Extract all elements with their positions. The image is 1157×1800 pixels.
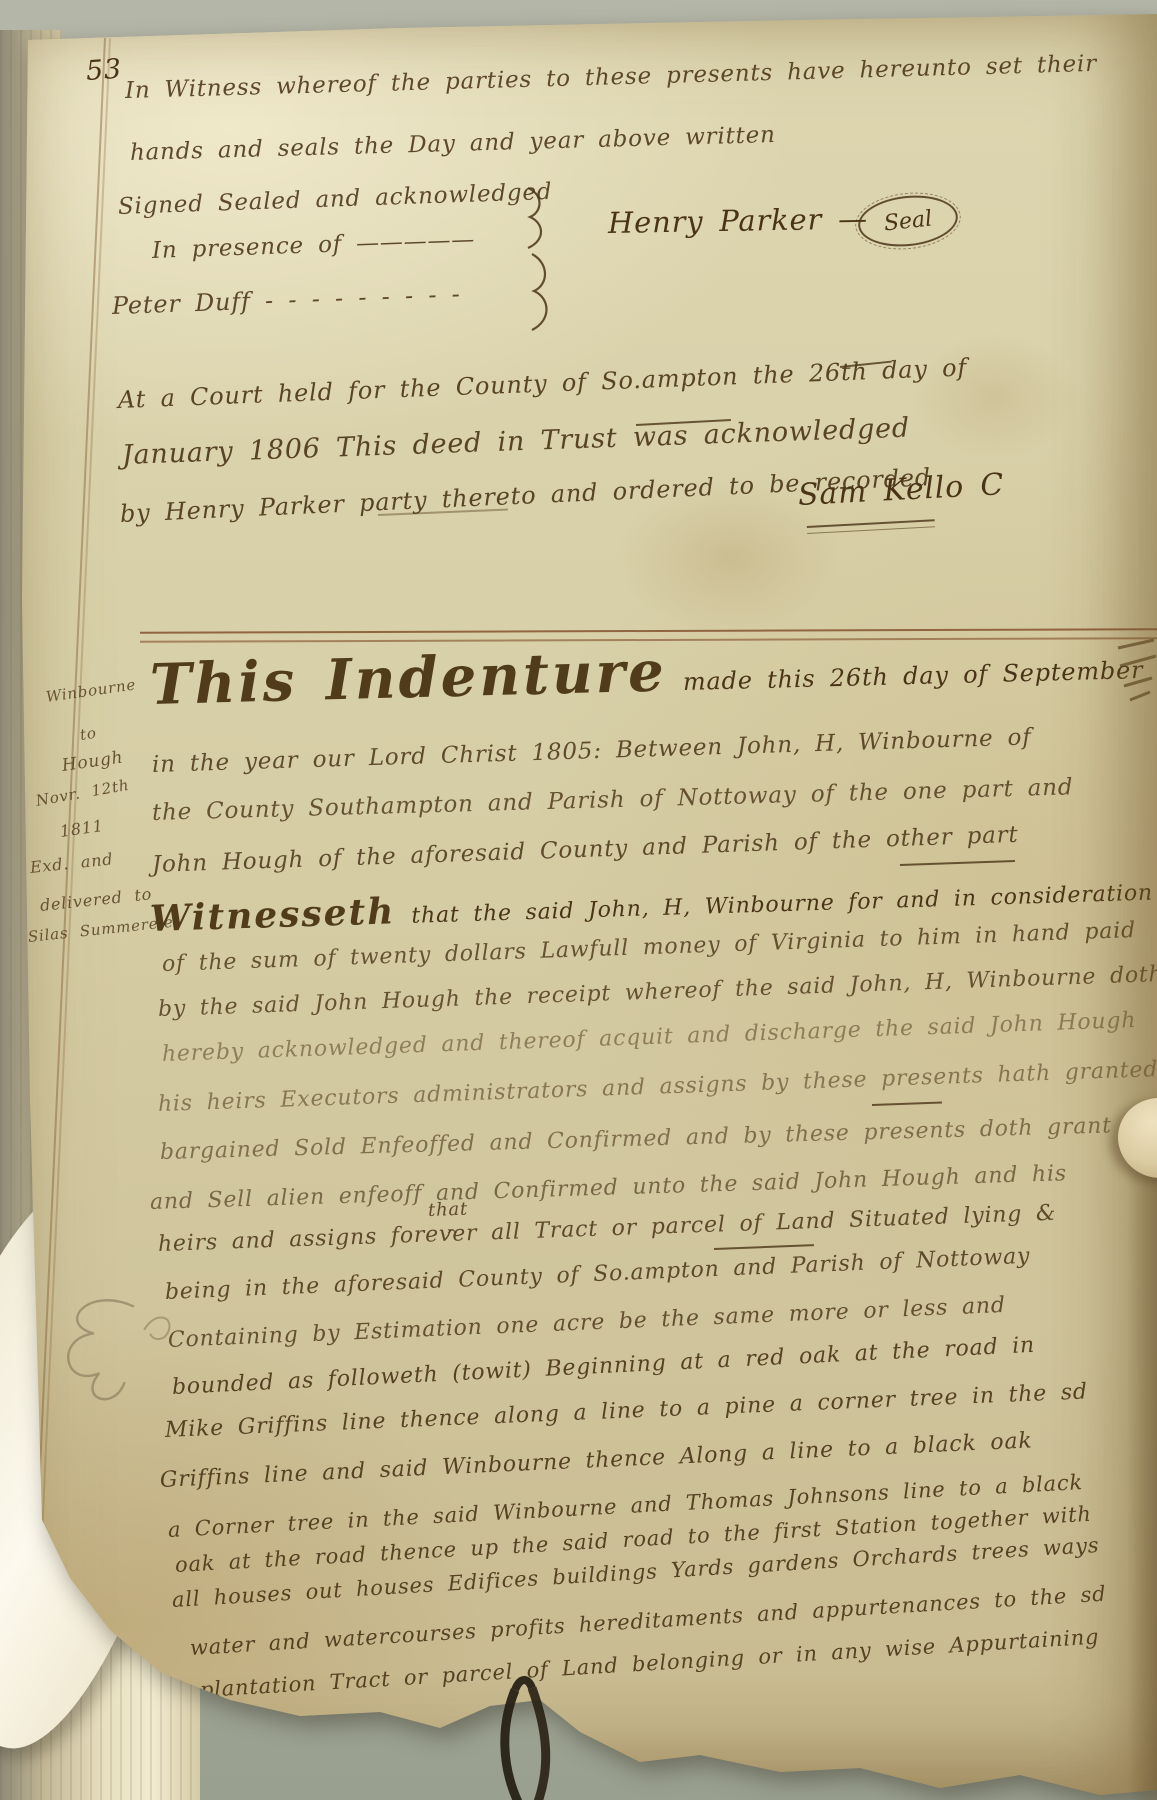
witness-line-1: In Witness whereof the parties to these … — [125, 51, 1098, 104]
margin-note-line: to — [79, 724, 98, 744]
in-presence-line: In presence of ————— — [152, 227, 476, 264]
brace-icon — [522, 186, 552, 250]
court-line-2: January 1806 This deed in Trust was ackn… — [121, 412, 910, 470]
pencil-scribble — [30, 1269, 194, 1425]
cord — [470, 1672, 630, 1800]
manuscript-line: John Hough of the aforesaid County and P… — [152, 822, 1019, 878]
strikethrough-mark — [900, 860, 1015, 866]
opening-rest: made this 26th day of September — [683, 656, 1144, 696]
margin-note-line: Novr. 12th — [34, 776, 130, 810]
brace-icon — [526, 252, 556, 332]
manuscript-line: in the year our Lord Christ 1805: Betwee… — [152, 724, 1032, 778]
insertion-caret: ^ — [446, 1226, 459, 1244]
margin-note-line: 1811 — [59, 816, 105, 841]
signature-flourish-underline — [807, 519, 935, 534]
witnesseth-word: Witnesseth — [149, 890, 396, 940]
party-signature-henry-parker: Henry Parker — — [608, 201, 869, 240]
signed-sealed-line: Signed Sealed and acknowledged — [118, 179, 553, 220]
margin-note-line: Hough — [61, 747, 125, 775]
witness-name-peter-duff: Peter Duff - - - - - - - - - — [112, 280, 461, 320]
court-line-1: At a Court held for the County of So.amp… — [117, 353, 967, 414]
manuscript-line: his heirs Executors administrators and a… — [158, 1057, 1157, 1117]
manuscript-page: 53 In Witness whereof the parties to the… — [0, 0, 1157, 1800]
ink-scratch-mark — [1116, 638, 1157, 708]
seal-label: Seal — [883, 206, 934, 236]
page-wrapper: 53 In Witness whereof the parties to the… — [0, 0, 1157, 1800]
manuscript-line: the County Southampton and Parish of Not… — [152, 774, 1074, 826]
strikethrough-mark — [714, 1244, 814, 1250]
manuscript-line: hereby acknowledged and thereof acquit a… — [162, 1008, 1137, 1067]
witness-line-2: hands and seals the Day and year above w… — [130, 122, 776, 166]
manuscript-line: being in the aforesaid County of So.ampt… — [164, 1244, 1030, 1305]
inserted-word: that — [428, 1199, 469, 1221]
opening-word: This Indenture — [149, 638, 667, 718]
seal-scribble: Seal — [856, 191, 961, 251]
margin-note-line: Winbourne — [45, 675, 137, 705]
margin-note-line: delivered to — [39, 884, 153, 915]
margin-note-line: Exd. and — [29, 849, 114, 877]
manuscript-line: bargained Sold Enfeoffed and Confirmed a… — [160, 1111, 1157, 1164]
page-edge-shadow — [1127, 1150, 1157, 1800]
page-number: 53 — [85, 54, 123, 87]
deed-book-photo: 53 In Witness whereof the parties to the… — [0, 0, 1157, 1800]
strikethrough-mark — [872, 1102, 942, 1106]
